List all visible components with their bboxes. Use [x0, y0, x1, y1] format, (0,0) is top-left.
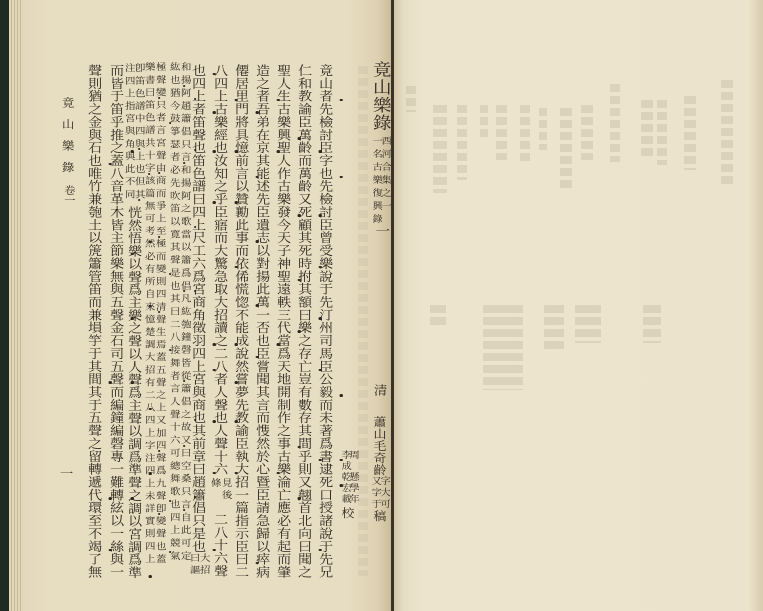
running-volume: 卷一: [58, 185, 76, 205]
show-through-text: [544, 305, 564, 350]
page-stack-edge: [9, 0, 22, 611]
show-through-text: [496, 105, 507, 160]
show-through-text: [657, 100, 667, 165]
running-title: 竟山樂錄: [58, 97, 76, 183]
text-column-10: 聲則猶之金與石也。唯竹兼匏土以箎簫管笛而兼塤竽于其間。其于五聲之留轉遞代。環至不…: [85, 64, 103, 578]
left-page: [22, 0, 392, 611]
show-through-text: [721, 80, 733, 186]
text-column-5: 僊居里門。將具憶前言。以贊勷此事。而依俙慌惚。不能成說。然嘗夢先教諭臣執大招一篇…: [232, 64, 250, 578]
show-through-text: [520, 105, 530, 163]
show-through-text: [539, 108, 547, 150]
show-through-text: [560, 108, 572, 190]
show-through-text: [483, 305, 523, 390]
text-column-6-continued: 二八十六聲: [211, 513, 229, 577]
text-column-4: 造之者。吾弟在京。其能述先臣遺志以對揚此萬一否也。臣嘗聞其言而愯然於心。暨臣請急…: [253, 64, 271, 578]
show-through-text: [358, 66, 368, 576]
author-alt-courtesy-name: 又字于: [369, 476, 380, 511]
book-spread: 竟山樂錄 西河合集之一 一名古樂復興錄 一 清 蕭山毛奇齡 字大可 又字于 稿 …: [0, 0, 763, 611]
show-through-text: [457, 105, 467, 180]
page-number: 一: [57, 467, 75, 479]
inline-note-left: 條: [208, 478, 220, 490]
annotation-a-right: 和揚阿。趙簫倡只。言和揚阿之歌。當以簫爲倡。凡紘匏鐘磬皆從簫倡之。故又曰空桑只。…: [178, 62, 190, 564]
show-through-text: [684, 96, 696, 170]
proofread-mark: 校: [339, 507, 357, 519]
author-dynasty: 清: [371, 384, 389, 396]
text-column-1: 竟山者。先檢討臣字也。先檢討臣曾受樂說于先汀州司馬臣公毅。而未著爲書。逮死。口授…: [316, 64, 334, 578]
text-column-8: 恍然悟。樂以聲爲主。樂之聲以人聲爲主。聲以調爲準。聲之調以宮調爲準。: [125, 206, 143, 579]
annotation-a-left: 紘也。猶今鼓箏瑟者。必先吹笛以寛其聲是也。其曰二八接舞者。言人聲十六。可總舞歌也…: [167, 62, 179, 564]
show-through-text: [643, 305, 661, 343]
inline-note-right: 見後: [219, 478, 231, 502]
show-through-text: [433, 105, 447, 193]
show-through-text: [610, 84, 620, 162]
show-through-text: [641, 100, 653, 156]
text-column-3: 聖人生古樂興。聖人作古樂發。今天子神聖。遠軼三代。當爲天地開制作之事。古樂淪亡。…: [274, 64, 292, 578]
text-column-9: 而皆于笛乎推之。蓋八音革木皆主節。樂無與五聲。金石司五聲。而編鐘編磬專一難轉。絃…: [107, 64, 125, 578]
gutter: [391, 0, 394, 611]
show-through-text: [406, 86, 416, 112]
show-through-text: [480, 105, 488, 137]
text-column-2: 仁和教諭臣萬齡。而萬齡又死。顧其死時。拊其額曰。樂之存亡。豈有數存其間乎。則又翹…: [295, 64, 313, 578]
subtitle-alt-name: 一名古樂復興錄: [370, 136, 381, 227]
author-suffix: 稿: [371, 510, 389, 522]
volume-mark: 一: [371, 224, 389, 237]
book-title: 竟山樂錄: [369, 61, 391, 132]
text-column-7: 也。四上者。笛聲也。笛色譜曰。四上尺工六爲宮商角徵羽。四上。宮與商也。其前章曰。…: [189, 64, 207, 553]
text-column-6: 八四上、古樂經也。汝知之乎。臣寤而大驚。急取大招讀之。二八者。人聲也。人聲十六。: [211, 64, 229, 476]
author-name: 蕭山毛奇齡: [371, 416, 389, 476]
show-through-text: [575, 305, 601, 343]
book-edge: [0, 0, 9, 611]
annotation-b-right: 極聲變只者。言宮聲由商而爭上至極而變。則四清聲生焉。蓋五聲之上又加四聲爲九聲。卽…: [153, 62, 165, 566]
show-through-text: [581, 105, 593, 160]
show-through-text: [430, 305, 446, 325]
